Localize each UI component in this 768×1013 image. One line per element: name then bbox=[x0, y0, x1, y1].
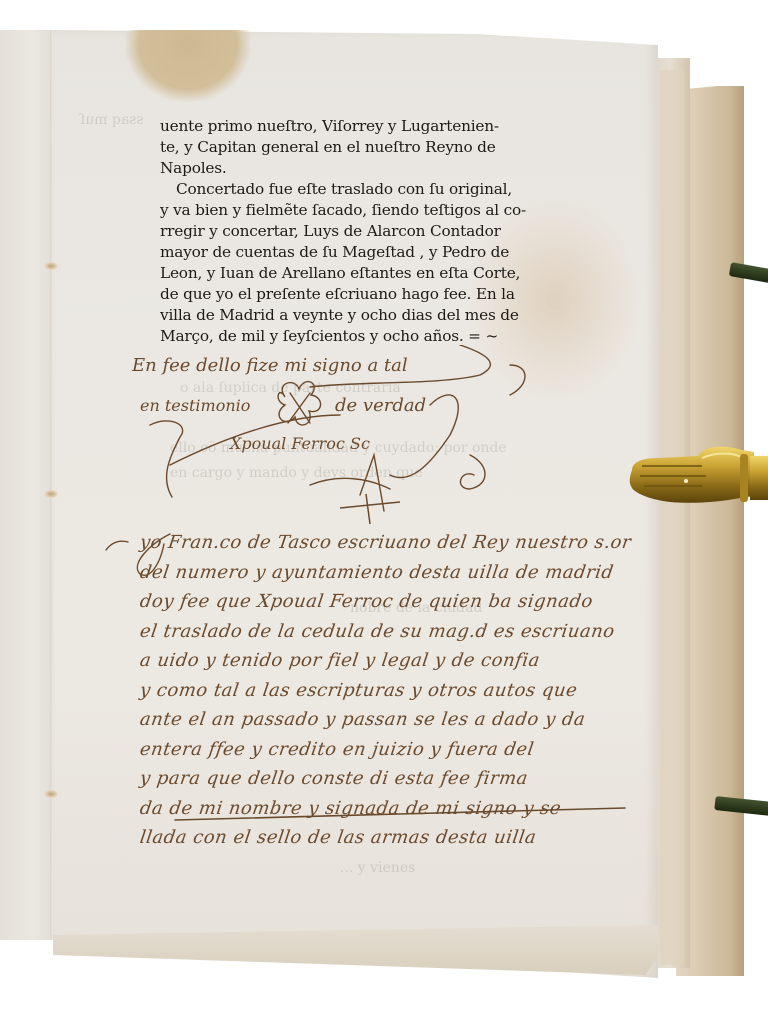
printed-line: uente primo nueſtro, Viſorrey y Lugarten… bbox=[160, 116, 560, 137]
printed-line: rregir y concertar, Luys de Alarcon Cont… bbox=[160, 221, 560, 242]
printed-line: Napoles. bbox=[160, 158, 560, 179]
svg-text:en testimonio: en testimonio bbox=[140, 396, 250, 415]
water-stain bbox=[125, 30, 251, 102]
binding-hole bbox=[44, 262, 58, 270]
printed-line: Março, de mil y ſeyſcientos y ocho años.… bbox=[160, 326, 560, 347]
binding-hole bbox=[44, 490, 58, 498]
manuscript-flourishes bbox=[100, 520, 660, 840]
underlying-sheet-edge bbox=[660, 70, 684, 965]
svg-text:de verdad: de verdad bbox=[335, 395, 426, 416]
brass-hand-clasp bbox=[628, 436, 768, 510]
svg-text:Xpoual Ferroc Sc: Xpoual Ferroc Sc bbox=[228, 434, 370, 453]
printed-text-block: uente primo nueſtro, Viſorrey y Lugarten… bbox=[160, 116, 560, 347]
svg-text:En fee dello fize mi signo a t: En fee dello fize mi signo a tal bbox=[131, 355, 408, 376]
printed-line: te, y Capitan general en el nueſtro Reyn… bbox=[160, 137, 560, 158]
printed-line: Concertado fue eſte traslado con ſu orig… bbox=[160, 179, 560, 200]
show-through-text: ... y vienes bbox=[340, 860, 415, 876]
printed-line: mayor de cuentas de ſu Mageſtad , y Pedr… bbox=[160, 242, 560, 263]
left-page-verso bbox=[0, 30, 56, 940]
printed-line: Leon, y Iuan de Arellano eſtantes en eſt… bbox=[160, 263, 560, 284]
printed-line: villa de Madrid a veynte y ocho dias del… bbox=[160, 305, 560, 326]
vellum-cover-edge bbox=[732, 86, 744, 976]
show-through-text: ssaq muſ bbox=[80, 112, 144, 128]
printed-line: y va bien y fielmẽte ſacado, ſiendo teſt… bbox=[160, 200, 560, 221]
binding-hole bbox=[44, 790, 58, 798]
printed-line: de que yo el preſente eſcriuano hago fee… bbox=[160, 284, 560, 305]
